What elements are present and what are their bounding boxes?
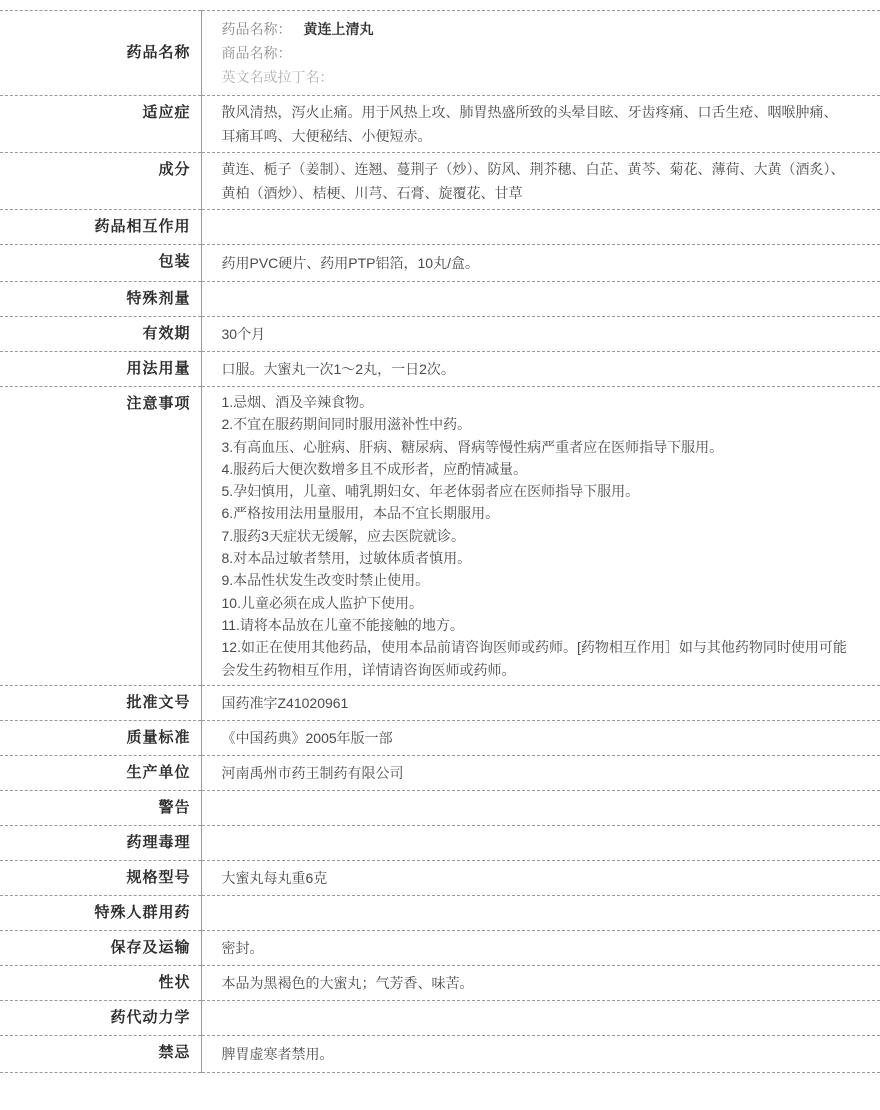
precaution-item: 6.严格按用法用量服用，本品不宜长期服用。: [222, 502, 851, 524]
row-content-special-dosage: [201, 282, 880, 317]
row-drug-name: 药品名称 药品名称：黄连上清丸 商品名称： 英文名或拉丁名：: [0, 11, 880, 96]
row-storage: 保存及运输 密封。: [0, 930, 880, 965]
row-content-warning: [201, 790, 880, 825]
row-content-storage: 密封。: [201, 930, 880, 965]
row-label-warning: 警告: [0, 790, 201, 825]
precaution-item: 11.请将本品放在儿童不能接触的地方。: [222, 614, 851, 636]
row-label-packaging: 包装: [0, 245, 201, 282]
precaution-item: 10.儿童必须在成人监护下使用。: [222, 592, 851, 614]
row-label-drug-name: 药品名称: [0, 11, 201, 96]
row-label-storage: 保存及运输: [0, 930, 201, 965]
row-special-dosage: 特殊剂量: [0, 282, 880, 317]
row-indications: 适应症 散风清热，泻火止痛。用于风热上攻、肺胃热盛所致的头晕目眩、牙齿疼痛、口舌…: [0, 96, 880, 153]
row-precautions: 注意事项 1.忌烟、酒及辛辣食物。2.不宜在服药期间同时服用滋补性中药。3.有高…: [0, 387, 880, 686]
row-label-approval-number: 批准文号: [0, 685, 201, 720]
row-label-special-dosage: 特殊剂量: [0, 282, 201, 317]
row-content-manufacturer: 河南禹州市药王制药有限公司: [201, 755, 880, 790]
row-manufacturer: 生产单位 河南禹州市药王制药有限公司: [0, 755, 880, 790]
row-pharmacology: 药理毒理: [0, 825, 880, 860]
precaution-item: 9.本品性状发生改变时禁止使用。: [222, 569, 851, 591]
row-content-specification: 大蜜丸每丸重6克: [201, 860, 880, 895]
drug-info-table: 药品名称 药品名称：黄连上清丸 商品名称： 英文名或拉丁名： 适应症 散风清热，…: [0, 10, 880, 1073]
row-content-approval-number: 国药准字Z41020961: [201, 685, 880, 720]
precaution-item: 2.不宜在服药期间同时服用滋补性中药。: [222, 413, 851, 435]
row-label-contraindications: 禁忌: [0, 1035, 201, 1072]
row-quality-standard: 质量标准 《中国药典》2005年版一部: [0, 720, 880, 755]
row-dosage: 用法用量 口服。大蜜丸一次1～2丸，一日2次。: [0, 352, 880, 387]
row-approval-number: 批准文号 国药准字Z41020961: [0, 685, 880, 720]
precaution-item: 7.服药3天症状无缓解，应去医院就诊。: [222, 525, 851, 547]
row-label-dosage: 用法用量: [0, 352, 201, 387]
generic-name-line: 药品名称：黄连上清丸: [222, 17, 851, 41]
row-label-description: 性状: [0, 965, 201, 1000]
row-content-interactions: [201, 210, 880, 245]
precaution-item: 5.孕妇慎用，儿童、哺乳期妇女、年老体弱者应在医师指导下服用。: [222, 480, 851, 502]
row-label-pharmacology: 药理毒理: [0, 825, 201, 860]
row-content-indications: 散风清热，泻火止痛。用于风热上攻、肺胃热盛所致的头晕目眩、牙齿疼痛、口舌生疮、咽…: [201, 96, 880, 153]
precautions-list: 1.忌烟、酒及辛辣食物。2.不宜在服药期间同时服用滋补性中药。3.有高血压、心脏…: [222, 391, 851, 681]
row-content-quality-standard: 《中国药典》2005年版一部: [201, 720, 880, 755]
row-label-precautions: 注意事项: [0, 387, 201, 686]
row-packaging: 包装 药用PVC硬片、药用PTP铝箔，10丸/盒。: [0, 245, 880, 282]
row-specification: 规格型号 大蜜丸每丸重6克: [0, 860, 880, 895]
row-content-packaging: 药用PVC硬片、药用PTP铝箔，10丸/盒。: [201, 245, 880, 282]
row-label-shelf-life: 有效期: [0, 317, 201, 352]
row-label-ingredients: 成分: [0, 153, 201, 210]
precaution-item: 8.对本品过敏者禁用，过敏体质者慎用。: [222, 547, 851, 569]
row-content-description: 本品为黑褐色的大蜜丸；气芳香、味苦。: [201, 965, 880, 1000]
row-label-manufacturer: 生产单位: [0, 755, 201, 790]
row-label-interactions: 药品相互作用: [0, 210, 201, 245]
row-shelf-life: 有效期 30个月: [0, 317, 880, 352]
row-contraindications: 禁忌 脾胃虚寒者禁用。: [0, 1035, 880, 1072]
generic-name-label: 药品名称：: [222, 21, 292, 37]
latin-name-label: 英文名或拉丁名：: [222, 65, 851, 89]
generic-name-value: 黄连上清丸: [304, 21, 374, 37]
row-description: 性状 本品为黑褐色的大蜜丸；气芳香、味苦。: [0, 965, 880, 1000]
row-warning: 警告: [0, 790, 880, 825]
row-content-drug-name: 药品名称：黄连上清丸 商品名称： 英文名或拉丁名：: [201, 11, 880, 96]
row-content-contraindications: 脾胃虚寒者禁用。: [201, 1035, 880, 1072]
row-content-pharmacokinetics: [201, 1000, 880, 1035]
row-content-precautions: 1.忌烟、酒及辛辣食物。2.不宜在服药期间同时服用滋补性中药。3.有高血压、心脏…: [201, 387, 880, 686]
row-special-populations: 特殊人群用药: [0, 895, 880, 930]
row-label-pharmacokinetics: 药代动力学: [0, 1000, 201, 1035]
row-content-special-populations: [201, 895, 880, 930]
precaution-item: 1.忌烟、酒及辛辣食物。: [222, 391, 851, 413]
precaution-item: 12.如正在使用其他药品，使用本品前请咨询医师或药师。[药物相互作用］如与其他药…: [222, 636, 851, 681]
precaution-item: 3.有高血压、心脏病、肝病、糖尿病、肾病等慢性病严重者应在医师指导下服用。: [222, 436, 851, 458]
row-content-dosage: 口服。大蜜丸一次1～2丸，一日2次。: [201, 352, 880, 387]
row-label-quality-standard: 质量标准: [0, 720, 201, 755]
row-content-ingredients: 黄连、栀子（姜制）、连翘、蔓荆子（炒）、防风、荆芥穗、白芷、黄芩、菊花、薄荷、大…: [201, 153, 880, 210]
row-label-special-populations: 特殊人群用药: [0, 895, 201, 930]
row-content-shelf-life: 30个月: [201, 317, 880, 352]
row-ingredients: 成分 黄连、栀子（姜制）、连翘、蔓荆子（炒）、防风、荆芥穗、白芷、黄芩、菊花、薄…: [0, 153, 880, 210]
row-interactions: 药品相互作用: [0, 210, 880, 245]
row-label-specification: 规格型号: [0, 860, 201, 895]
row-label-indications: 适应症: [0, 96, 201, 153]
row-pharmacokinetics: 药代动力学: [0, 1000, 880, 1035]
trade-name-label: 商品名称：: [222, 41, 851, 65]
row-content-pharmacology: [201, 825, 880, 860]
precaution-item: 4.服药后大便次数增多且不成形者，应酌情减量。: [222, 458, 851, 480]
